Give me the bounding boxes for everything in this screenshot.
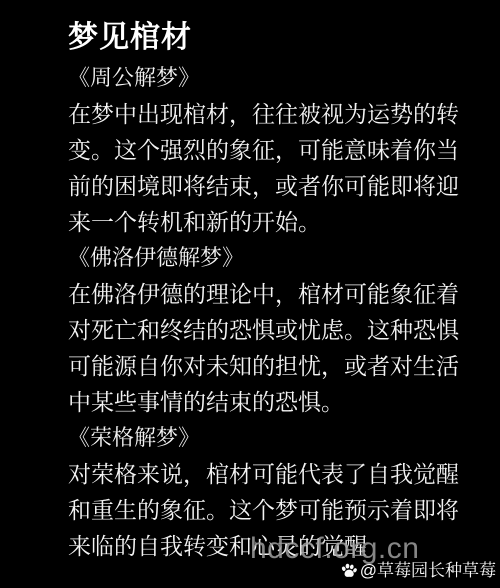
text-line: 对荣格来说，棺材可能代表了自我觉醒 <box>68 456 468 492</box>
content: 梦见棺材 《周公解梦》在梦中出现棺材，往往被视为运势的转变。这个强烈的象征，可能… <box>68 16 468 564</box>
section-heading: 《荣格解梦》 <box>68 420 468 456</box>
text-line: 在梦中出现棺材，往往被视为运势的转 <box>68 96 468 132</box>
sections-container: 《周公解梦》在梦中出现棺材，往往被视为运势的转变。这个强烈的象征，可能意味着你当… <box>68 60 468 564</box>
text-line: 中某些事情的结束的恐惧。 <box>68 384 468 420</box>
text-line: 来临的自我转变和心灵的觉醒 <box>68 528 468 564</box>
page-title: 梦见棺材 <box>68 16 468 60</box>
text-line: 在佛洛伊德的理论中，棺材可能象征着 <box>68 276 468 312</box>
credit: @草莓园长种草莓 <box>340 561 496 581</box>
text-line: 前的困境即将结束，或者你可能即将迎 <box>68 168 468 204</box>
paw-icon <box>340 562 358 580</box>
credit-text: @草莓园长种草莓 <box>360 561 496 581</box>
text-line: 变。这个强烈的象征，可能意味着你当 <box>68 132 468 168</box>
section-heading: 《佛洛伊德解梦》 <box>68 240 468 276</box>
text-line: 和重生的象征。这个梦可能预示着即将 <box>68 492 468 528</box>
text-line: 可能源自你对未知的担忧，或者对生活 <box>68 348 468 384</box>
text-line: 来一个转机和新的开始。 <box>68 204 468 240</box>
section-heading: 《周公解梦》 <box>68 60 468 96</box>
dream-interpretation-card: 梦见棺材 《周公解梦》在梦中出现棺材，往往被视为运势的转变。这个强烈的象征，可能… <box>0 0 500 588</box>
text-line: 对死亡和终结的恐惧或忧虑。这种恐惧 <box>68 312 468 348</box>
